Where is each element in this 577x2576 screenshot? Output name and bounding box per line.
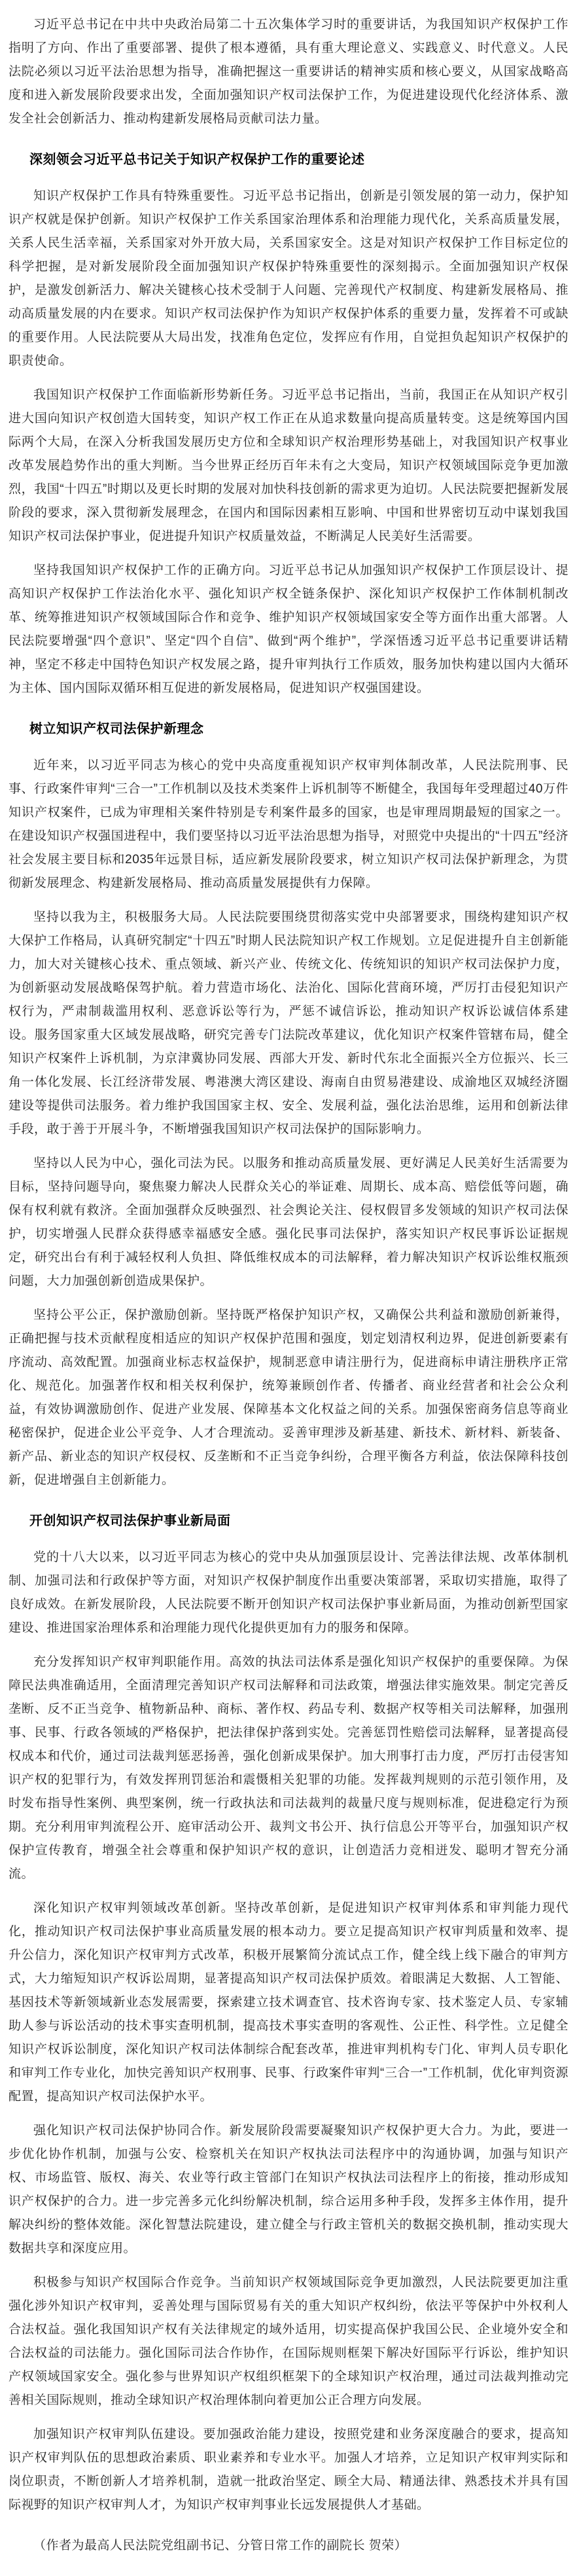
article-paragraph: 我国知识产权保护工作面临新形势新任务。习近平总书记指出，当前，我国正在从知识产权…	[9, 384, 568, 548]
byline: （作者为最高人民法院党组副书记、分管日常工作的副院长 贺荣）	[9, 2534, 568, 2558]
section-heading: 开创知识产权司法保护事业新局面	[9, 1509, 568, 1533]
article-paragraph: 知识产权保护工作具有特殊重要性。习近平总书记指出，创新是引领发展的第一动力，保护…	[9, 185, 568, 373]
section-heading: 树立知识产权司法保护新理念	[9, 717, 568, 741]
article-paragraph: 强化知识产权司法保护协同合作。新发展阶段需要凝聚知识产权保护更大合力。为此，要进…	[9, 2119, 568, 2261]
article-paragraph: 坚持公平公正，保护激励创新。坚持既严格保护知识产权，又确保公共利益和激励创新兼得…	[9, 1304, 568, 1492]
article-paragraph: 坚持以我为主，积极服务大局。人民法院要围绕贯彻落实党中央部署要求，围绕构建知识产…	[9, 906, 568, 1141]
article-paragraph: 深化知识产权审判领域改革创新。坚持改革创新，是促进知识产权审判体系和审判能力现代…	[9, 1897, 568, 2109]
article-paragraph: 加强知识产权审判队伍建设。要加强政治能力建设，按照党建和业务深度融合的要求，提高…	[9, 2423, 568, 2517]
article-paragraph: 坚持我国知识产权保护工作的正确方向。习近平总书记从加强知识产权保护工作顶层设计、…	[9, 559, 568, 700]
article-paragraph: 充分发挥知识产权审判职能作用。高效的执法司法体系是强化知识产权保护的重要保障。为…	[9, 1651, 568, 1886]
article-paragraph: 积极参与知识产权国际合作竞争。当前知识产权领域国际竞争更加激烈，人民法院要更加注…	[9, 2271, 568, 2412]
article-paragraph: 近年来，以习近平同志为核心的党中央高度重视知识产权审判体制改革，人民法院刑事、民…	[9, 754, 568, 895]
article-paragraph: 党的十八大以来，以习近平同志为核心的党中央从加强顶层设计、完善法律法规、改革体制…	[9, 1546, 568, 1640]
article-paragraph: 习近平总书记在中共中央政治局第二十五次集体学习时的重要讲话，为我国知识产权保护工…	[9, 13, 568, 131]
section-heading: 深刻领会习近平总书记关于知识产权保护工作的重要论述	[9, 148, 568, 171]
article-paragraph: 坚持以人民为中心，强化司法为民。以服务和推动高质量发展、更好满足人民美好生活需要…	[9, 1152, 568, 1293]
article-body: 习近平总书记在中共中央政治局第二十五次集体学习时的重要讲话，为我国知识产权保护工…	[0, 0, 577, 2576]
